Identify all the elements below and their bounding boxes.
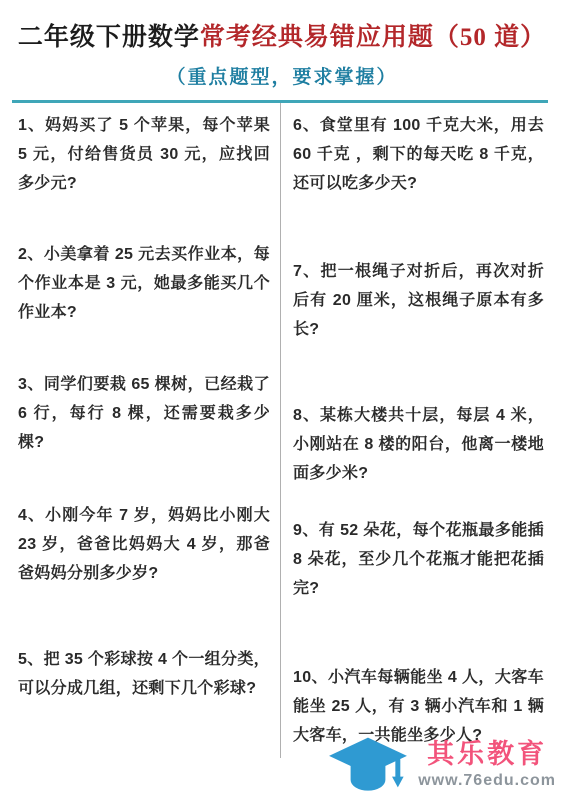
brand-text-block: 其乐教育 www.76edu.com xyxy=(418,740,556,790)
graduation-cap-icon xyxy=(324,736,412,794)
problem-item-1: 1、妈妈买了 5 个苹果，每个苹果 5 元，付给售货员 30 元，应找回多少元? xyxy=(18,111,270,198)
problem-item-6: 6、食堂里有 100 千克大米，用去 60 千克 ，剩下的每天吃 8 千克，还可… xyxy=(293,111,544,198)
title-red-part: 常考经典易错应用题（50 道） xyxy=(200,24,546,51)
left-column: 1、妈妈买了 5 个苹果，每个苹果 5 元，付给售货员 30 元，应找回多少元?… xyxy=(12,103,280,758)
right-column: 6、食堂里有 100 千克大米，用去 60 千克 ，剩下的每天吃 8 千克，还可… xyxy=(280,103,548,758)
problem-item-4: 4、小刚今年 7 岁，妈妈比小刚大 23 岁，爸爸比妈妈大 4 岁，那爸爸妈妈分… xyxy=(18,501,270,588)
brand-name: 其乐教育 xyxy=(427,740,547,770)
title-black-part: 二年级下册数学 xyxy=(18,24,200,51)
problem-item-8: 8、某栋大楼共十层，每层 4 米，小刚站在 8 楼的阳台，他离一楼地面多少米? xyxy=(293,401,544,488)
page-subtitle: （重点题型，要求掌握） xyxy=(0,62,564,89)
problem-table: 1、妈妈买了 5 个苹果，每个苹果 5 元，付给售货员 30 元，应找回多少元?… xyxy=(12,100,548,758)
problem-item-9: 9、有 52 朵花，每个花瓶最多能插 8 朵花，至少几个花瓶才能把花插完? xyxy=(293,516,544,603)
problem-item-3: 3、同学们要栽 65 棵树，已经栽了 6 行，每行 8 棵，还需要栽多少棵? xyxy=(18,370,270,457)
worksheet-header: 二年级下册数学常考经典易错应用题（50 道） （重点题型，要求掌握） xyxy=(0,0,564,89)
worksheet-page: 二年级下册数学常考经典易错应用题（50 道） （重点题型，要求掌握） 1、妈妈买… xyxy=(0,0,564,800)
problem-item-2: 2、小美拿着 25 元去买作业本，每个作业本是 3 元，她最多能买几个作业本? xyxy=(18,240,270,327)
problem-item-5: 5、把 35 个彩球按 4 个一组分类，可以分成几组，还剩下几个彩球? xyxy=(18,645,270,703)
brand-footer: 其乐教育 www.76edu.com xyxy=(324,736,556,794)
problem-item-7: 7、把一根绳子对折后，再次对折后有 20 厘米，这根绳子原本有多长? xyxy=(293,257,544,344)
page-title: 二年级下册数学常考经典易错应用题（50 道） xyxy=(0,0,564,53)
brand-website: www.76edu.com xyxy=(418,772,556,790)
